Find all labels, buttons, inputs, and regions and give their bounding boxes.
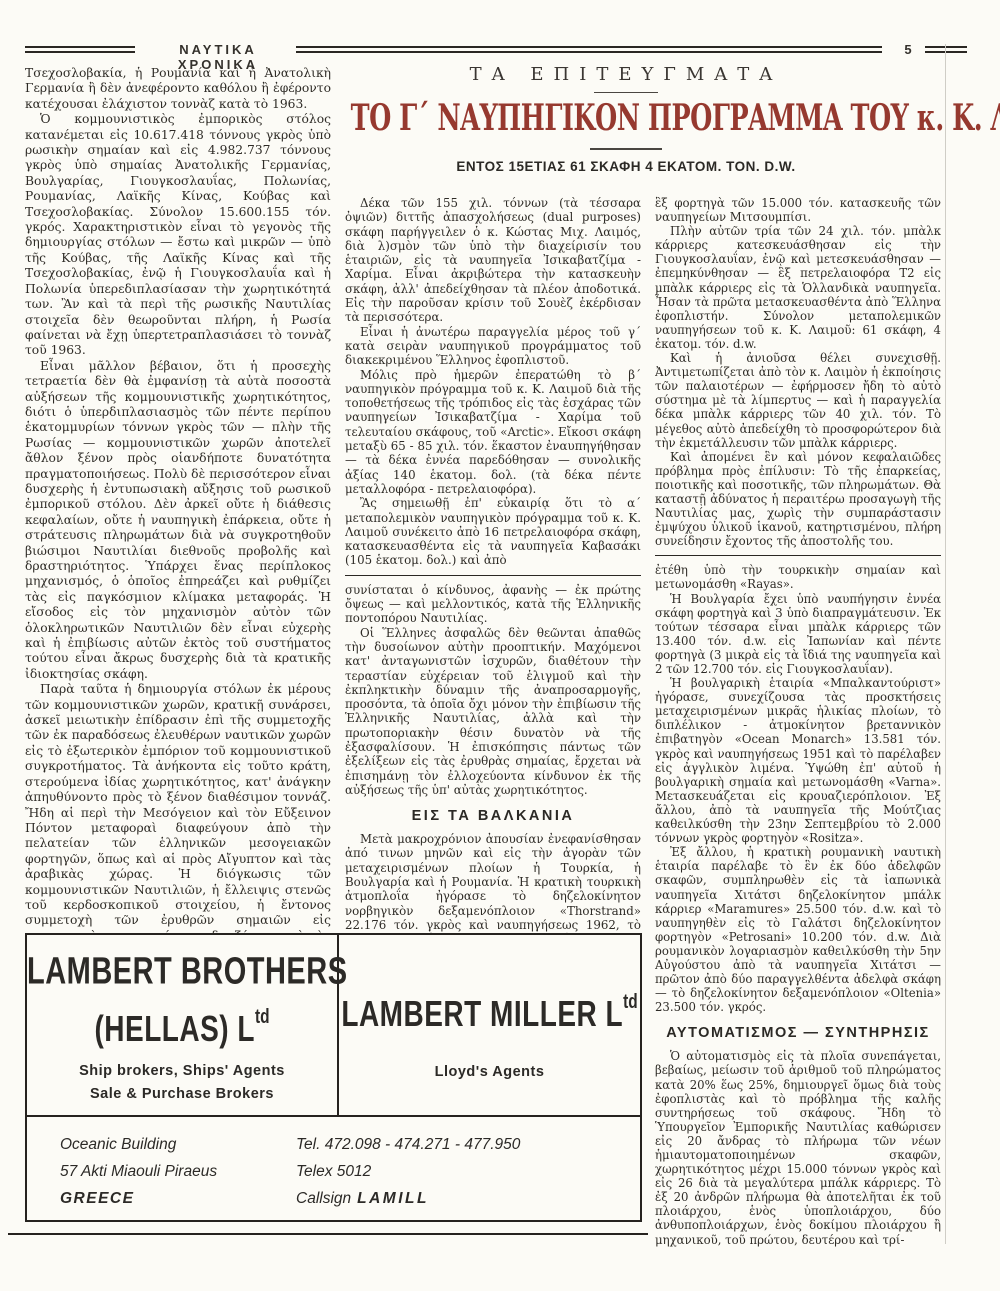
paragraph: Δέκα τῶν 155 χιλ. τόννων (τὰ τέσσαρα ὀψι… [345, 196, 641, 325]
section-heading-balkans: ΕΙΣ ΤΑ ΒΑΛΚΑΝΙΑ [345, 808, 641, 824]
left-column-text: Τσεχοσλοβακία, ἡ Ρουμανία καὶ ἡ Ἀνατολικ… [25, 66, 331, 936]
ad-contact-strip: Oceanic Building 57 Akti Miaouli Piraeus… [27, 1115, 640, 1220]
ad-brothers-name: LAMBERT BROTHERS [27, 951, 348, 994]
address-line-street: 57 Akti Miaouli Piraeus [60, 1158, 272, 1185]
automation-section-text: Ὁ αὐτοματισμὸς εἰς τὰ πλοῖα συνεπάγεται,… [655, 1049, 941, 1246]
masthead-rule-middle [296, 46, 882, 53]
paragraph: Ἂς σημειωθῇ ἐπ' εὐκαιρίᾳ ὅτι τὸ α΄ μεταπ… [345, 496, 641, 567]
address-line-country: GREECE [60, 1185, 272, 1212]
laimos-article-text: Δέκα τῶν 155 χιλ. τόννων (τὰ τέσσαρα ὀψι… [345, 196, 641, 568]
paragraph: συνίσταται ὁ κίνδυνος, ἀφανὴς — ἐκ πρώτη… [345, 583, 641, 626]
ad-lambert-miller: LAMBERT MILLER Ltd Lloyd's Agents [339, 935, 640, 1115]
paragraph: Ὁ αὐτοματισμὸς εἰς τὰ πλοῖα συνεπάγεται,… [655, 1049, 941, 1246]
ad-lambert-brothers: LAMBERT BROTHERS (HELLAS) Ltd Ship broke… [27, 935, 339, 1115]
middle-column: Δέκα τῶν 155 χιλ. τόννων (τὰ τέσσαρα ὀψι… [345, 196, 641, 933]
ad-brothers-tagline-1: Ship brokers, Ships' Agents [27, 1060, 337, 1083]
page-bottom-rule [8, 1233, 648, 1235]
ltd-superscript: td [255, 1006, 270, 1028]
ltd-superscript: td [623, 991, 638, 1013]
ad-comms: Tel. 472.098 - 474.271 - 477.950 Telex 5… [296, 1131, 520, 1220]
paragraph: Πλὴν αὐτῶν τρία τῶν 24 χιλ. τόν. μπὰλκ κ… [655, 224, 941, 351]
scan-edge-line [945, 44, 946, 1244]
paragraph: Ὁ κομμουνιστικὸς ἐμπορικὸς στόλος κατανέ… [25, 112, 331, 359]
ad-miller-name: LAMBERT MILLER Ltd [341, 991, 637, 1035]
column-divider-rule [345, 575, 641, 576]
ad-address: Oceanic Building 57 Akti Miaouli Piraeus… [60, 1131, 272, 1220]
paragraph: Μετὰ μακροχρόνιον ἀπουσίαν ἐνεφανίσθησαν… [345, 832, 641, 933]
paragraph: Οἱ Ἕλληνες ἀσφαλῶς δὲν θεῶνται ἀπαθῶς τὴ… [345, 626, 641, 798]
address-line-building: Oceanic Building [60, 1131, 272, 1158]
section-heading-automation: ΑΥΤΟΜΑΤΙΣΜΟΣ — ΣΥΝΤΗΡΗΣΙΣ [655, 1025, 941, 1041]
paragraph: Παρὰ ταῦτα ἡ δημιουργία στόλων ἐκ μέρους… [25, 682, 331, 936]
balkans-section-text: Μετὰ μακροχρόνιον ἀπουσίαν ἐνεφανίσθησαν… [345, 832, 641, 933]
callsign-value: LAMILL [357, 1190, 429, 1207]
telex-line: Telex 5012 [296, 1158, 520, 1185]
ad-miller-tagline: Lloyd's Agents [339, 1061, 640, 1084]
laimos-article-continuation: ἓξ φορτηγὰ τῶν 15.000 τόν. κατασκευῆς τῶ… [655, 196, 941, 548]
paragraph: Εἶναι ἡ ἀνωτέρω παραγγελία μέρος τοῦ γ΄ … [345, 325, 641, 368]
paragraph: Ἡ Βουλγαρία ἔχει ὑπὸ ναυπήγησιν ἐννέα σκ… [655, 592, 941, 677]
paragraph: Ἐξ ἄλλου, ἡ κρατικὴ ρουμανικὴ ναυτικὴ ἑτ… [655, 845, 941, 1014]
magazine-page: ΝΑΥΤΙΚΑ ΧΡΟΝΙΚΑ 5 ΤΑ ΕΠΙΤΕΥΓΜΑΤΑ ΤΟ Γ΄ Ν… [0, 0, 1000, 1291]
paragraph: Τσεχοσλοβακία, ἡ Ρουμανία καὶ ἡ Ἀνατολικ… [25, 66, 331, 112]
paragraph: ἓξ φορτηγὰ τῶν 15.000 τόν. κατασκευῆς τῶ… [655, 196, 941, 224]
paragraph: Μόλις πρὸ ἡμερῶν ἐπερατώθη τὸ β΄ ναυπηγι… [345, 368, 641, 497]
paragraph: Καὶ ἡ ἀνιοῦσα θέλει συνεχισθῇ. Ἀντιμετωπ… [655, 351, 941, 450]
balkans-continuation-text: ἐτέθη ὑπὸ τὴν τουρκικὴν σημαίαν καὶ μετω… [655, 563, 941, 1014]
page-number: 5 [896, 42, 920, 57]
masthead-rule-left [25, 46, 135, 53]
right-column: ἓξ φορτηγὰ τῶν 15.000 τόν. κατασκευῆς τῶ… [655, 196, 941, 1268]
paragraph: Εἶναι μᾶλλον βέβαιον, ὅτι ἡ προσεχὴς τετ… [25, 359, 331, 683]
left-column: Τσεχοσλοβακία, ἡ Ρουμανία καὶ ἡ Ἀνατολικ… [25, 66, 331, 936]
article-title: ΤΟ Γ΄ ΝΑΥΠΗΓΙΚΟΝ ΠΡΟΓΡΑΜΜΑ ΤΟΥ κ. Κ. ΛΑΙ… [351, 98, 902, 162]
ad-brothers-hellas: (HELLAS) Ltd [94, 1006, 269, 1050]
paragraph: Καὶ ἀπομένει ἓν καὶ μόνον κεφαλαιῶδες πρ… [655, 450, 941, 549]
kicker-underline [594, 92, 658, 93]
tel-line: Tel. 472.098 - 474.271 - 477.950 [296, 1131, 520, 1158]
column-divider-rule [655, 555, 941, 556]
ad-brothers-tagline-2: Sale & Purchase Brokers [27, 1083, 337, 1106]
callsign-line: CallsignLAMILL [296, 1185, 520, 1212]
paragraph: Ἡ βουλγαρικὴ ἑταιρία «Μπαλκαντούριστ» ἠγ… [655, 676, 941, 845]
masthead-rule-right [925, 46, 967, 53]
article-kicker: ΤΑ ΕΠΙΤΕΥΓΜΑΤΑ [345, 64, 907, 85]
paragraph: ἐτέθη ὑπὸ τὴν τουρκικὴν σημαίαν καὶ μετω… [655, 563, 941, 591]
fleet-article-continuation: συνίσταται ὁ κίνδυνος, ἀφανὴς — ἐκ πρώτη… [345, 583, 641, 797]
ad-box: LAMBERT BROTHERS (HELLAS) Ltd Ship broke… [25, 933, 642, 1222]
article-headline-block: ΤΑ ΕΠΙΤΕΥΓΜΑΤΑ ΤΟ Γ΄ ΝΑΥΠΗΓΙΚΟΝ ΠΡΟΓΡΑΜΜ… [345, 64, 907, 174]
